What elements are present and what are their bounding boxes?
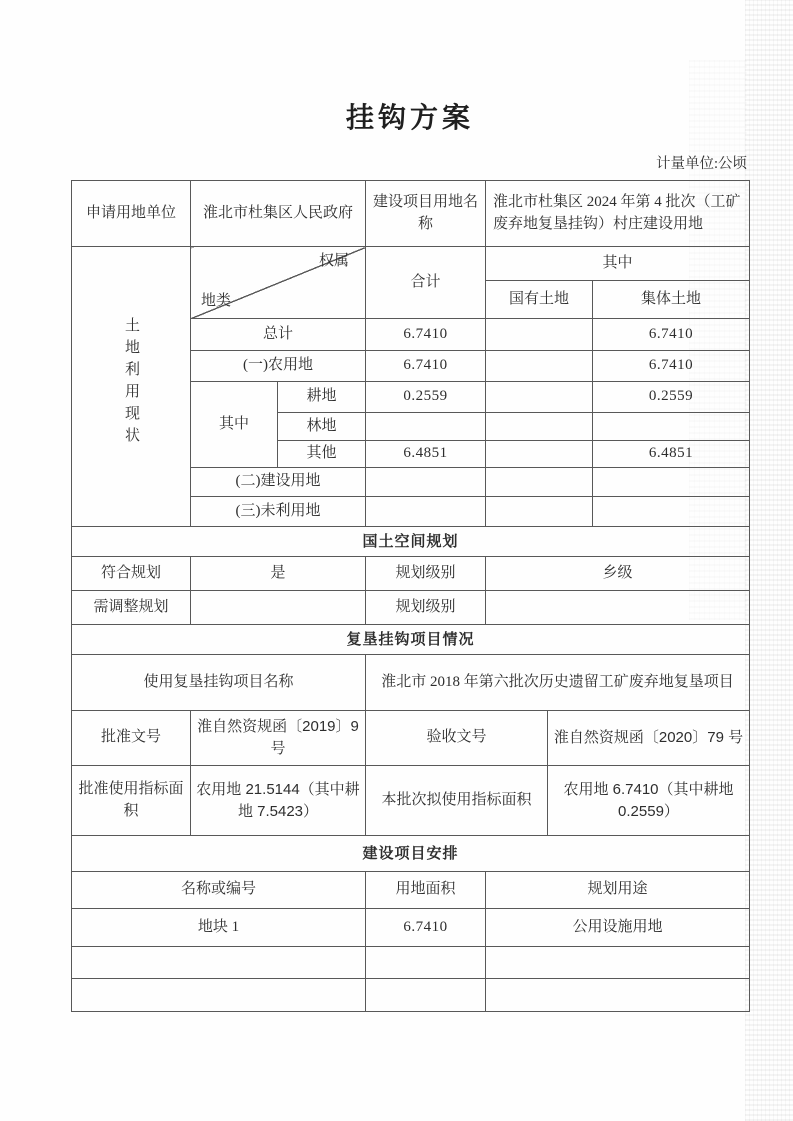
plot-name-empty-1 [72, 947, 366, 979]
table-row: 申请用地单位 淮北市杜集区人民政府 建设项目用地名称 淮北市杜集区 2024 年… [72, 181, 750, 247]
state-owned-header: 国有土地 [486, 281, 593, 319]
reclamation-project-name-label: 使用复垦挂钩项目名称 [72, 655, 366, 711]
spatial-planning-table: 国土空间规划 符合规划 是 规划级别 乡级 需调整规划 规划级别 [71, 526, 750, 625]
agricultural-label: (一)农用地 [191, 351, 366, 382]
table-row: 批准使用指标面积 农用地 21.5144（其中耕地 7.5423） 本批次拟使用… [72, 766, 750, 836]
unused-state [486, 497, 593, 527]
agricultural-total: 6.7410 [366, 351, 486, 382]
land-type-label: 地类 [201, 291, 231, 313]
cultivated-state [486, 382, 593, 413]
plot-use-empty-2 [486, 979, 750, 1012]
other-collective: 6.4851 [593, 441, 750, 468]
collective-header: 集体土地 [593, 281, 750, 319]
applicant-unit-label: 申请用地单位 [72, 181, 191, 247]
unit-note: 计量单位:公顷 [71, 152, 749, 173]
cultivated-collective: 0.2559 [593, 382, 750, 413]
forest-state [486, 413, 593, 441]
grand-total-collective: 6.7410 [593, 319, 750, 351]
project-name-value: 淮北市杜集区 2024 年第 4 批次（工矿废弃地复垦挂钩）村庄建设用地 [486, 181, 750, 247]
total-column-header: 合计 [366, 247, 486, 319]
cultivated-label: 耕地 [278, 382, 366, 413]
plot-use-header: 规划用途 [486, 872, 750, 909]
other-state [486, 441, 593, 468]
unused-label: (三)未利用地 [191, 497, 366, 527]
adjust-plan-label: 需调整规划 [72, 591, 191, 625]
cultivated-total: 0.2559 [366, 382, 486, 413]
table-row: 批准文号 淮自然资规函〔2019〕9 号 验收文号 淮自然资规函〔2020〕79… [72, 711, 750, 766]
plan-level-label-2: 规划级别 [366, 591, 486, 625]
table-row: 国土空间规划 [72, 527, 750, 557]
page-content: 挂钩方案 计量单位:公顷 申请用地单位 淮北市杜集区人民政府 建设项目用地名称 … [71, 0, 749, 1012]
construction-collective [593, 468, 750, 497]
agricultural-collective: 6.7410 [593, 351, 750, 382]
unused-collective [593, 497, 750, 527]
conform-plan-label: 符合规划 [72, 557, 191, 591]
plot-use-empty-1 [486, 947, 750, 979]
hookup-plan-table: 申请用地单位 淮北市杜集区人民政府 建设项目用地名称 淮北市杜集区 2024 年… [71, 180, 749, 1012]
among-column-header: 其中 [486, 247, 750, 281]
forest-label: 林地 [278, 413, 366, 441]
ownership-label: 权属 [319, 251, 349, 273]
construction-section-title: 建设项目安排 [72, 836, 750, 872]
acceptance-doc-label: 验收文号 [366, 711, 548, 766]
plot-area-empty-1 [366, 947, 486, 979]
grand-total-total: 6.7410 [366, 319, 486, 351]
land-use-section-label: 土地利用现状 [72, 247, 191, 527]
construction-banner-table: 建设项目安排 [71, 835, 750, 872]
scan-noise-band [745, 0, 793, 1121]
other-label: 其他 [278, 441, 366, 468]
table-row: 建设项目安排 [72, 836, 750, 872]
conform-plan-value: 是 [191, 557, 366, 591]
table-row [72, 947, 750, 979]
construction-state [486, 468, 593, 497]
batch-area-label: 本批次拟使用指标面积 [366, 766, 548, 836]
approved-area-value: 农用地 21.5144（其中耕地 7.5423） [191, 766, 366, 836]
plan-level-value-1: 乡级 [486, 557, 750, 591]
table-row: 需调整规划 规划级别 [72, 591, 750, 625]
agricultural-state [486, 351, 593, 382]
plan-level-value-2 [486, 591, 750, 625]
reclamation-project-name-value: 淮北市 2018 年第六批次历史遗留工矿废弃地复垦项目 [366, 655, 750, 711]
other-total: 6.4851 [366, 441, 486, 468]
construction-plan-table: 名称或编号 用地面积 规划用途 地块 1 6.7410 公用设施用地 [71, 871, 750, 1012]
plot-use-value: 公用设施用地 [486, 909, 750, 947]
forest-total [366, 413, 486, 441]
land-use-table: 土地利用现状 权属 地类 合计 其中 国有土地 集体土地 总计 6.7410 [71, 246, 750, 527]
reclamation-docs-table: 批准文号 淮自然资规函〔2019〕9 号 验收文号 淮自然资规函〔2020〕79… [71, 710, 750, 836]
plot-area-empty-2 [366, 979, 486, 1012]
plot-area-header: 用地面积 [366, 872, 486, 909]
applicant-unit-value: 淮北市杜集区人民政府 [191, 181, 366, 247]
approved-area-label: 批准使用指标面积 [72, 766, 191, 836]
table-row: 名称或编号 用地面积 规划用途 [72, 872, 750, 909]
among-row-label: 其中 [191, 382, 278, 468]
table-row: 地块 1 6.7410 公用设施用地 [72, 909, 750, 947]
table-row: 复垦挂钩项目情况 [72, 625, 750, 655]
forest-collective [593, 413, 750, 441]
project-name-label: 建设项目用地名称 [366, 181, 486, 247]
construction-total [366, 468, 486, 497]
batch-area-value: 农用地 6.7410（其中耕地 0.2559） [548, 766, 750, 836]
page-title: 挂钩方案 [71, 0, 749, 136]
unused-total [366, 497, 486, 527]
table-row: 使用复垦挂钩项目名称 淮北市 2018 年第六批次历史遗留工矿废弃地复垦项目 [72, 655, 750, 711]
table-row [72, 979, 750, 1012]
plan-level-label-1: 规划级别 [366, 557, 486, 591]
plot-name-empty-2 [72, 979, 366, 1012]
grand-total-label: 总计 [191, 319, 366, 351]
approval-doc-value: 淮自然资规函〔2019〕9 号 [191, 711, 366, 766]
adjust-plan-value [191, 591, 366, 625]
plot-name-value: 地块 1 [72, 909, 366, 947]
document-page: 挂钩方案 计量单位:公顷 申请用地单位 淮北市杜集区人民政府 建设项目用地名称 … [0, 0, 793, 1121]
table-row: 符合规划 是 规划级别 乡级 [72, 557, 750, 591]
construction-label: (二)建设用地 [191, 468, 366, 497]
applicant-row-table: 申请用地单位 淮北市杜集区人民政府 建设项目用地名称 淮北市杜集区 2024 年… [71, 180, 750, 247]
reclamation-name-table: 使用复垦挂钩项目名称 淮北市 2018 年第六批次历史遗留工矿废弃地复垦项目 [71, 654, 750, 711]
diagonal-header-cell: 权属 地类 [191, 247, 366, 319]
land-use-section-text: 土地利用现状 [122, 317, 140, 449]
reclamation-banner-table: 复垦挂钩项目情况 [71, 624, 750, 655]
plot-name-header: 名称或编号 [72, 872, 366, 909]
table-row: 土地利用现状 权属 地类 合计 其中 [72, 247, 750, 281]
plot-area-value: 6.7410 [366, 909, 486, 947]
acceptance-doc-value: 淮自然资规函〔2020〕79 号 [548, 711, 750, 766]
approval-doc-label: 批准文号 [72, 711, 191, 766]
spatial-planning-section-title: 国土空间规划 [72, 527, 750, 557]
grand-total-state [486, 319, 593, 351]
reclamation-section-title: 复垦挂钩项目情况 [72, 625, 750, 655]
